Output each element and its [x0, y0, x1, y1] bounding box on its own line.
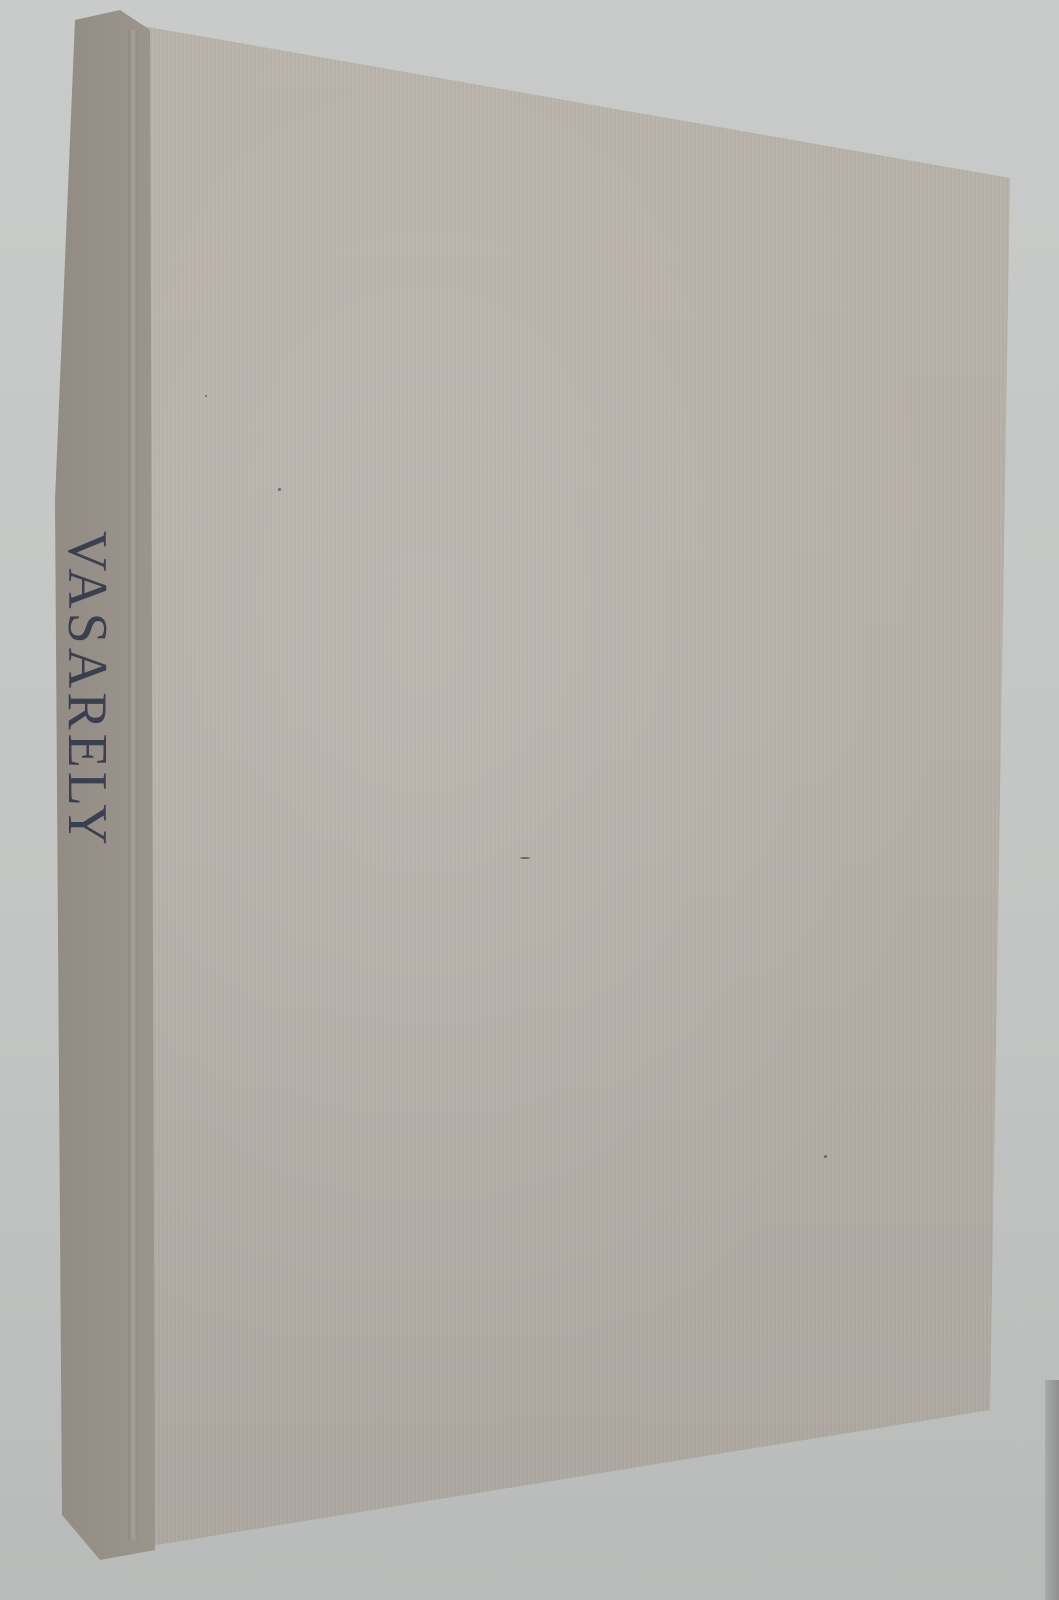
- cover-speck: [520, 857, 530, 859]
- book: VASARELY: [0, 0, 1059, 1600]
- cover-speck: [824, 1155, 827, 1158]
- cover-speck: [205, 395, 207, 397]
- cover-speck: [278, 488, 281, 491]
- cloth-texture: [0, 0, 1059, 1600]
- spine-title: VASARELY: [62, 430, 112, 950]
- spine-hinge: [128, 30, 138, 1540]
